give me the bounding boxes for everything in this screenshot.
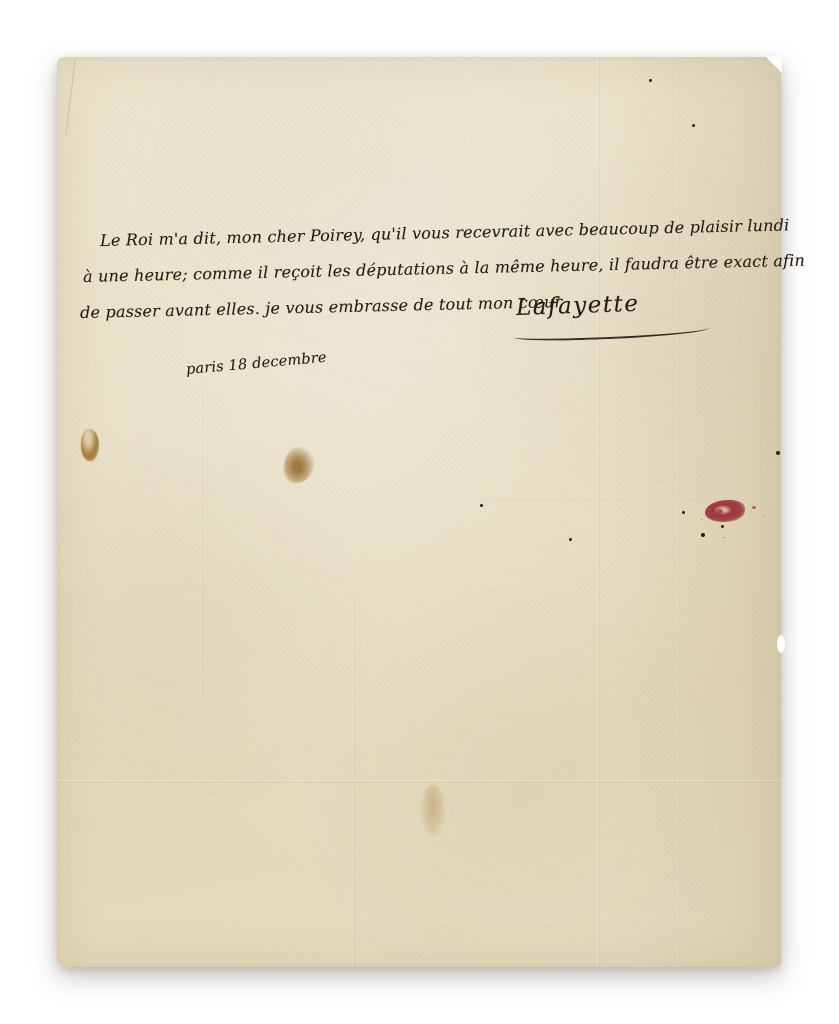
ink-speck: [480, 504, 483, 507]
ink-speck: [569, 538, 572, 541]
foxing-stain-left: [81, 429, 99, 461]
letter-paper-sheet: Le Roi m'a dit, mon cher Poirey, qu'il v…: [57, 57, 781, 967]
lafayette-signature: Lafayette: [516, 291, 640, 321]
fold-crease-vertical-2: [352, 597, 355, 967]
red-wax-splatter-dots: [717, 509, 723, 514]
paper-texture: [57, 57, 781, 967]
fold-crease-vertical-1: [200, 380, 203, 710]
foxing-stain-bottom: [421, 785, 445, 837]
foxing-stain-center: [284, 447, 314, 483]
ink-speck: [776, 451, 780, 455]
fold-crease-horizontal-3: [57, 780, 781, 783]
letter-body-line-1: Le Roi m'a dit, mon cher Poirey, qu'il v…: [100, 215, 790, 250]
red-wax-stain: [705, 500, 745, 522]
letter-dateline: paris 18 decembre: [185, 350, 327, 378]
clipped-corner-top-right: [765, 56, 782, 73]
letter-body-line-3: de passer avant elles. je vous embrasse …: [80, 292, 563, 322]
ink-speck: [682, 511, 685, 514]
signature-flourish-underline: [514, 326, 710, 343]
fold-crease-vertical-3: [597, 57, 600, 967]
corner-crease: [65, 60, 76, 136]
right-edge-notch: [777, 635, 785, 653]
photograph-backdrop: Le Roi m'a dit, mon cher Poirey, qu'il v…: [0, 0, 839, 1024]
fold-crease-horizontal-2: [477, 497, 781, 500]
ink-speck: [649, 79, 652, 82]
letter-body-line-2: à une heure; comme il reçoit les députat…: [83, 251, 805, 286]
ink-speck: [692, 124, 695, 127]
fold-crease-vertical-4: [677, 57, 680, 967]
ink-speck: [721, 525, 724, 528]
ink-speck: [701, 533, 705, 537]
